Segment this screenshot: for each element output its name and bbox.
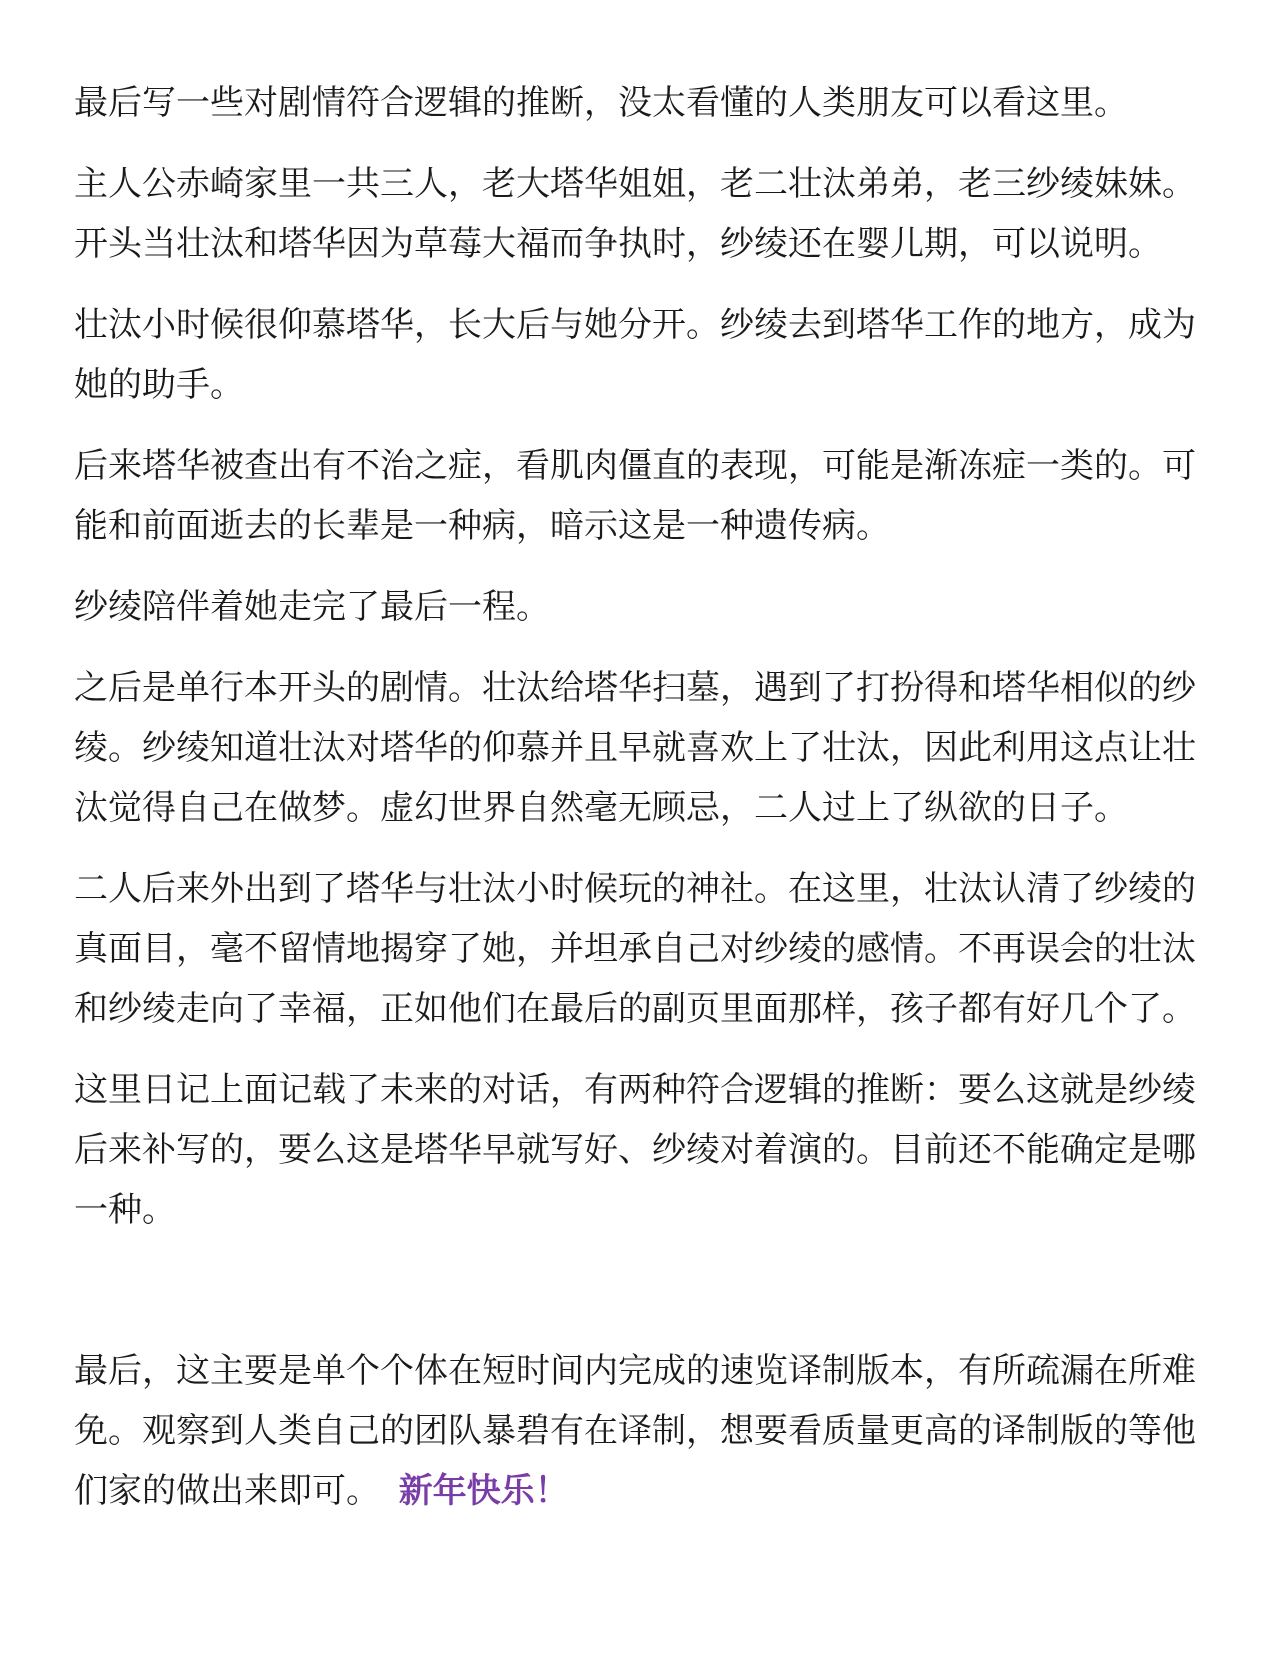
paragraph-text: 最后，这主要是单个个体在短时间内完成的速览译制版本，有所疏漏在所难免。观察到人类… <box>74 1352 1196 1510</box>
paragraph: 壮汰小时候很仰慕塔华，长大后与她分开。纱绫去到塔华工作的地方，成为她的助手。 <box>74 295 1214 415</box>
paragraph: 最后写一些对剧情符合逻辑的推断，没太看懂的人类朋友可以看这里。 <box>74 73 1214 133</box>
paragraph: 最后，这主要是单个个体在短时间内完成的速览译制版本，有所疏漏在所难免。观察到人类… <box>74 1341 1214 1521</box>
paragraph: 后来塔华被查出有不治之症，看肌肉僵直的表现，可能是渐冻症一类的。可能和前面逝去的… <box>74 436 1214 556</box>
paragraph-spacer <box>74 1261 1214 1341</box>
paragraph: 二人后来外出到了塔华与壮汰小时候玩的神社。在这里，壮汰认清了纱绫的真面目，毫不留… <box>74 859 1214 1039</box>
paragraph: 主人公赤崎家里一共三人，老大塔华姐姐，老二壮汰弟弟，老三纱绫妹妹。开头当壮汰和塔… <box>74 154 1214 274</box>
new-year-greeting: 新年快乐！ <box>399 1472 569 1510</box>
article-body: 最后写一些对剧情符合逻辑的推断，没太看懂的人类朋友可以看这里。 主人公赤崎家里一… <box>0 0 1280 1656</box>
paragraph: 纱绫陪伴着她走完了最后一程。 <box>74 577 1214 637</box>
paragraph: 之后是单行本开头的剧情。壮汰给塔华扫墓，遇到了打扮得和塔华相似的纱绫。纱绫知道壮… <box>74 658 1214 838</box>
paragraph: 这里日记上面记载了未来的对话，有两种符合逻辑的推断：要么这就是纱绫后来补写的，要… <box>74 1060 1214 1240</box>
